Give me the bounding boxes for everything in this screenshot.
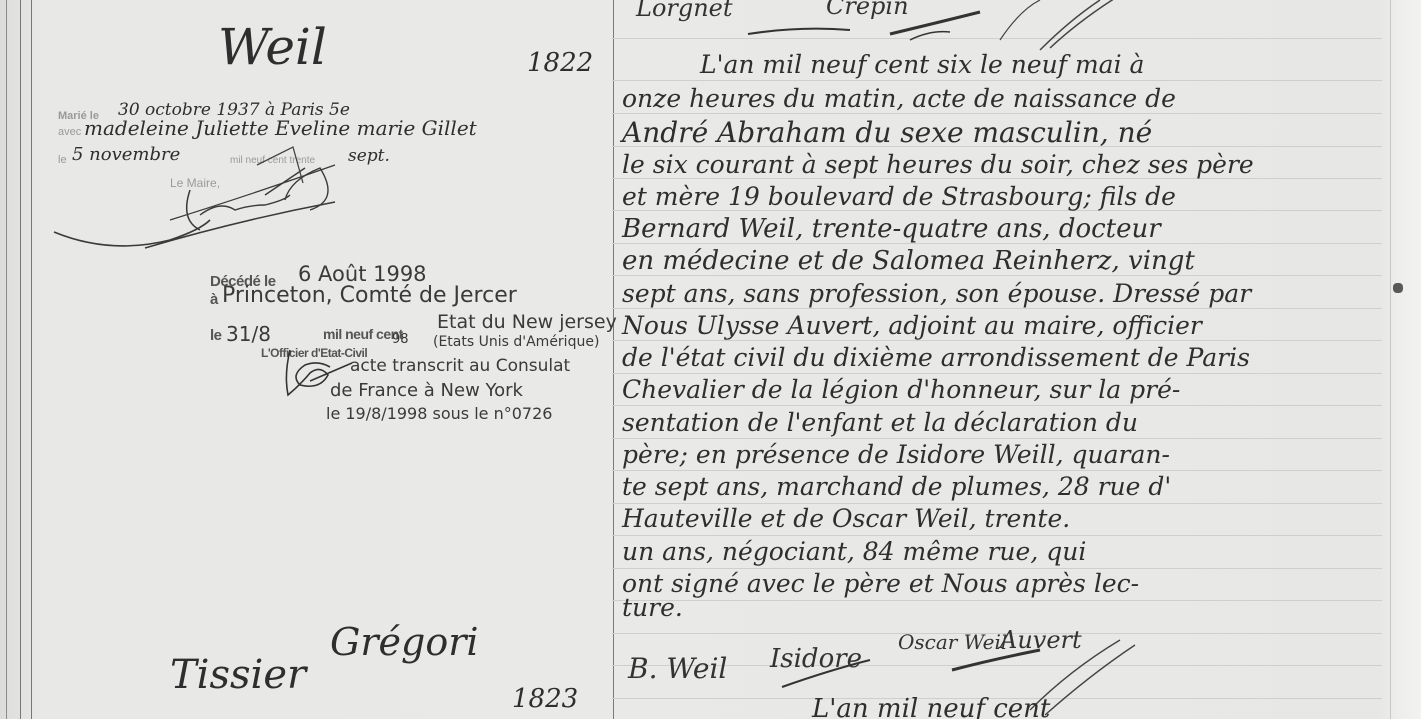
ruled-line — [612, 438, 1382, 439]
death-place-line2: Etat du New jersey — [437, 311, 617, 333]
death-mention-date: 31/8 — [226, 322, 271, 346]
death-printed-year: mil neuf cent — [323, 326, 403, 342]
body-line: un ans, négociant, 84 même rue, qui — [622, 537, 1086, 566]
binding-line — [20, 0, 21, 719]
death-place-line3: (Etats Unis d'Amérique) — [433, 334, 599, 350]
label-le-death: le — [210, 327, 222, 344]
body-line: onze heures du matin, acte de naissance … — [622, 84, 1176, 113]
next-record-number: 1823 — [512, 684, 578, 714]
body-line: ont signé avec le père et Nous après lec… — [622, 569, 1139, 598]
ruled-line — [612, 600, 1382, 601]
marriage-spouse: madeleine Juliette Eveline marie Gillet — [84, 116, 477, 140]
margin-record-number: 1822 — [527, 48, 593, 78]
body-line: sentation de l'enfant et la déclaration … — [622, 408, 1138, 437]
body-line: L'an mil neuf cent six le neuf mai à — [700, 50, 1144, 79]
label-avec: avec — [58, 126, 81, 138]
body-line: en médecine et de Salomea Reinherz, ving… — [622, 246, 1195, 276]
death-year: 98 — [392, 332, 409, 347]
next-record-start: L'an mil neuf cent — [812, 694, 1050, 719]
ruled-line — [612, 470, 1382, 471]
officer-signature — [280, 345, 360, 405]
ruled-line — [612, 80, 1382, 81]
death-place-line1: Princeton, Comté de Jercer — [222, 283, 517, 308]
body-line: te sept ans, marchand de plumes, 28 rue … — [622, 472, 1171, 501]
ruled-line — [612, 113, 1382, 114]
label-a: à — [210, 291, 218, 308]
body-line: de l'état civil du dixième arrondissemen… — [622, 343, 1250, 372]
body-line: Hauteville et de Oscar Weil, trente. — [622, 504, 1070, 533]
ruled-line — [612, 340, 1382, 341]
transcription-line1: acte transcrit au Consulat — [350, 356, 570, 376]
signature-underline — [780, 655, 880, 695]
margin-surname: Weil — [218, 18, 327, 76]
ruled-line — [612, 405, 1382, 406]
top-signature: Lorgnet — [636, 0, 733, 22]
binding-line — [6, 0, 7, 719]
ruled-line — [612, 308, 1382, 309]
signature-b-weil: B. Weil — [628, 652, 727, 685]
body-line: père; en présence de Isidore Weill, quar… — [622, 440, 1170, 469]
next-record-annotation: Grégori — [330, 620, 479, 664]
body-line: Nous Ulysse Auvert, adjoint au maire, of… — [622, 311, 1202, 340]
next-record-surname: Tissier — [170, 652, 306, 698]
ruled-line — [612, 373, 1382, 374]
body-line: et mère 19 boulevard de Strasbourg; fils… — [622, 182, 1176, 211]
body-line: sept ans, sans profession, son épouse. D… — [622, 279, 1251, 308]
body-line: ture. — [622, 593, 683, 622]
body-line: le six courant à sept heures du soir, ch… — [622, 150, 1254, 179]
ink-blot — [1393, 283, 1403, 293]
column-divider — [613, 0, 614, 719]
strike-mark — [255, 145, 315, 185]
body-line: Chevalier de la légion d'honneur, sur la… — [622, 375, 1180, 404]
body-line: André Abraham du sexe masculin, né — [622, 116, 1152, 149]
marriage-year: sept. — [348, 146, 390, 166]
ruled-line — [612, 535, 1382, 536]
body-line: Bernard Weil, trente-quatre ans, docteur — [622, 214, 1161, 244]
binding-line — [31, 0, 32, 719]
right-margin-line — [1390, 0, 1391, 719]
register-page: Lorgnet Crépin Weil 1822 Marié le 30 oct… — [0, 0, 1421, 719]
transcription-line3: le 19/8/1998 sous le n°0726 — [326, 404, 552, 423]
